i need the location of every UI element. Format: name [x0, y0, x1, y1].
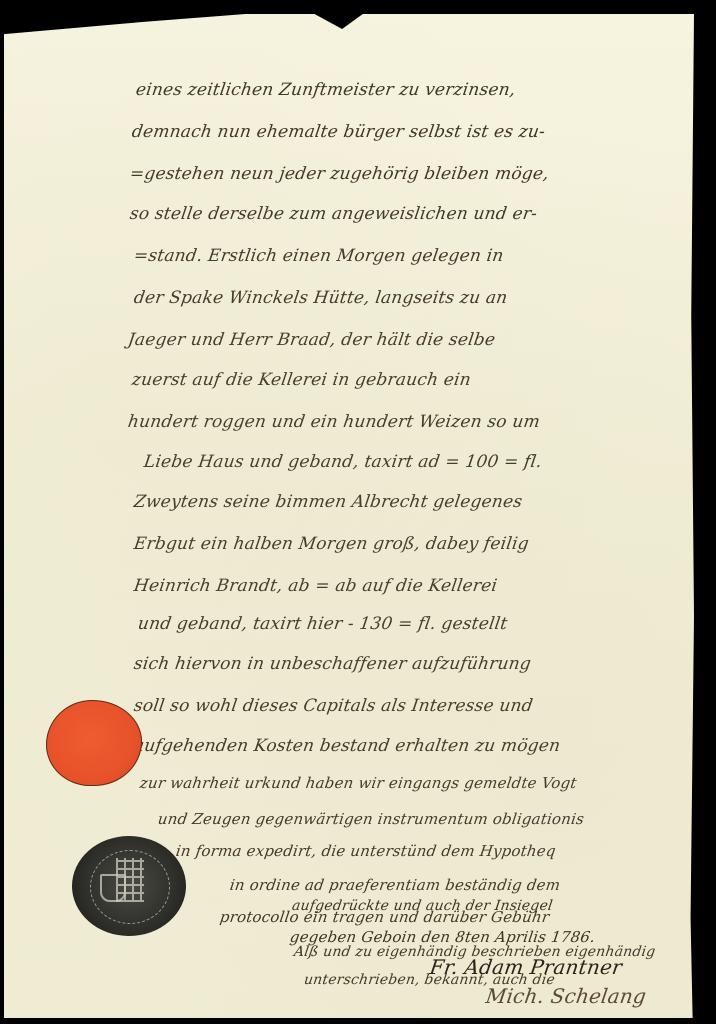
text-line-25: aufgedrückte und auch der Insiegel [291, 898, 554, 914]
text-line-8: zuerst auf die Kellerei in gebrauch ein [131, 370, 473, 390]
text-line-13: Heinrich Brandt, ab = ab auf die Kellere… [133, 576, 499, 596]
text-line-6: der Spake Winckels Hütte, langseits zu a… [133, 288, 509, 308]
text-line-21: in ordine ad praeferentiam beständig dem [229, 876, 562, 894]
text-line-9: hundert roggen und ein hundert Weizen so… [127, 412, 542, 432]
manuscript-page: eines zeitlichen Zunftmeister zu verzins… [4, 14, 694, 1018]
text-line-7: Jaeger und Herr Braad, der hält die selb… [127, 330, 497, 350]
text-line-17: aufgehenden Kosten bestand erhalten zu m… [133, 736, 562, 756]
text-line-2: demnach nun ehemalte bürger selbst ist e… [131, 122, 547, 142]
text-line-5: =stand. Erstlich einen Morgen gelegen in [133, 246, 505, 266]
text-line-20: in forma expedirt, die unterstünd dem Hy… [175, 842, 557, 860]
text-line-14: und geband, taxirt hier - 130 = fl. gest… [137, 614, 509, 634]
text-line-19: und Zeugen gegenwärtigen instrumentum ob… [157, 810, 586, 828]
text-line-18: zur wahrheit urkund haben wir eingangs g… [139, 774, 578, 792]
text-line-12: Erbgut ein halben Morgen groß, dabey fei… [133, 534, 531, 554]
text-line-15: sich hiervon in unbeschaffener aufzuführ… [133, 654, 533, 674]
black-embossed-seal [72, 836, 186, 936]
signature-1: Fr. Adam Prantner [428, 955, 623, 979]
signature-2: Mich. Schelang [484, 984, 647, 1008]
red-wax-seal [46, 700, 142, 786]
text-line-11: Zweytens seine bimmen Albrecht gelegenes [133, 492, 524, 512]
text-line-1: eines zeitlichen Zunftmeister zu verzins… [135, 80, 517, 100]
text-line-16: soll so wohl dieses Capitals als Interes… [133, 696, 535, 716]
shield-icon [100, 874, 126, 902]
text-line-3: =gestehen neun jeder zugehörig bleiben m… [129, 164, 551, 184]
text-line-10: Liebe Haus und geband, taxirt ad = 100 =… [143, 452, 544, 472]
text-line-4: so stelle derselbe zum angeweislichen un… [129, 204, 539, 224]
text-line-26: gegeben Geboin den 8ten Aprilis 1786. [289, 928, 597, 946]
